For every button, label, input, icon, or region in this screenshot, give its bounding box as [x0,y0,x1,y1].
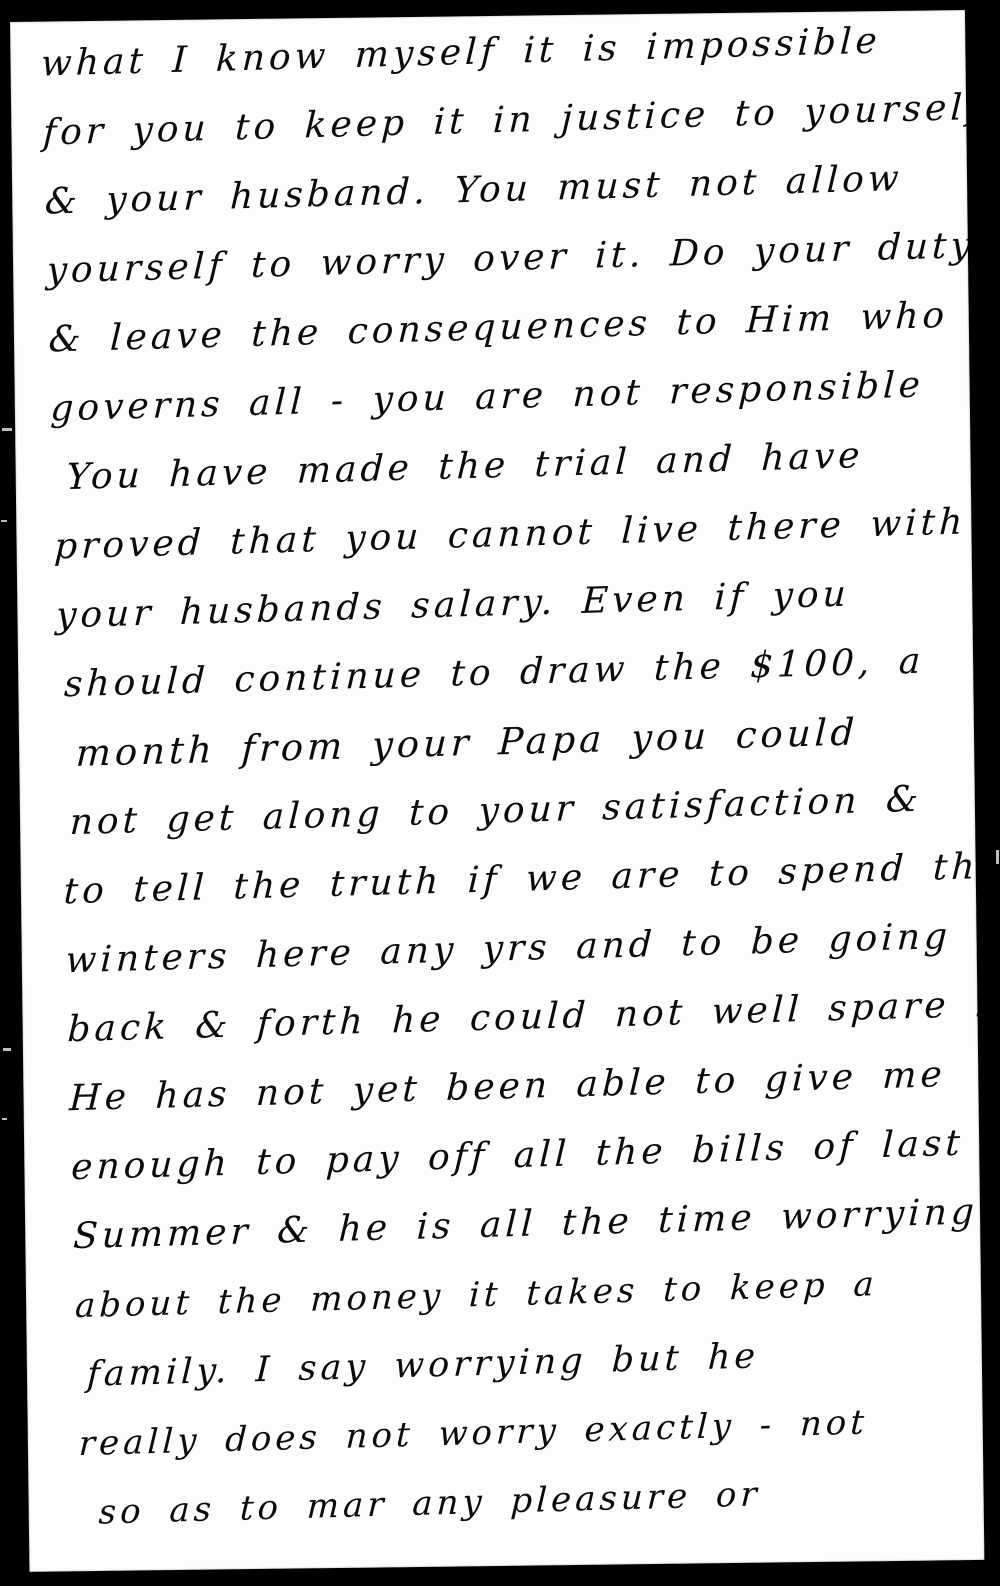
letter-body: what I know myself it is impossible for … [40,10,984,1547]
letter-page: what I know myself it is impossible for … [10,10,984,1572]
scan-artifact [2,428,12,431]
scan-artifact [3,1048,11,1051]
scanned-letter: what I know myself it is impossible for … [0,0,1000,1586]
scan-artifact [996,850,999,864]
scan-artifact [2,1118,7,1120]
scan-artifact [1,520,7,522]
